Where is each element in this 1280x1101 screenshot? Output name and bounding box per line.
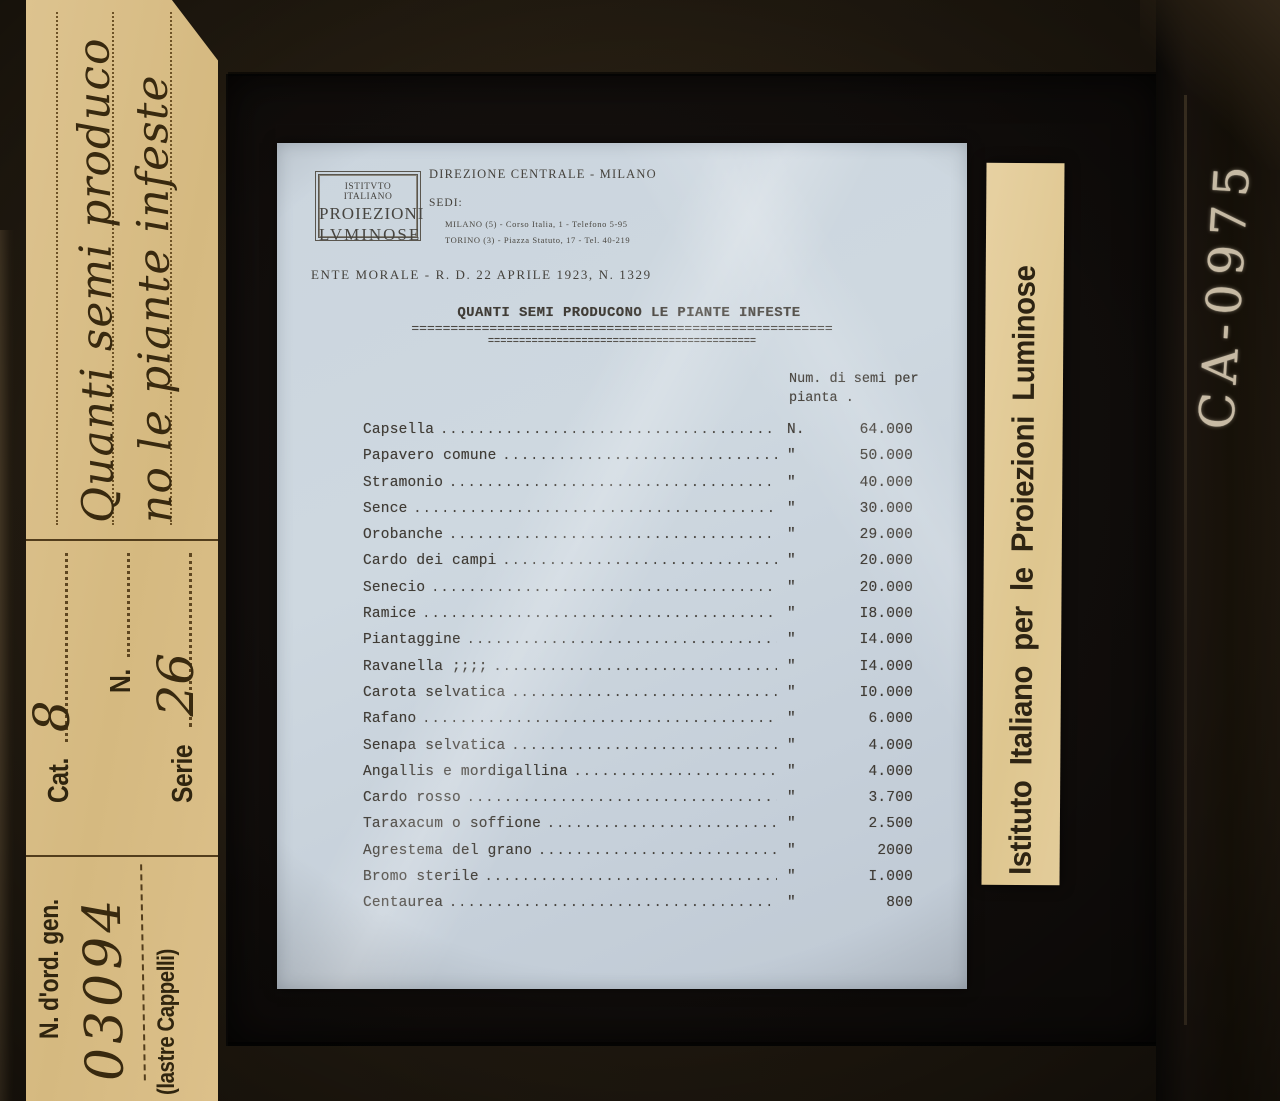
- document: ISTITVTO ITALIANO PROIEZIONI LVMINOSE DI…: [277, 143, 967, 989]
- table-row: Centaurea"800: [363, 895, 913, 921]
- ente-morale-line: ENTE MORALE - R. D. 22 APRILE 1923, N. 1…: [311, 267, 967, 283]
- plant-name: Bromo sterile: [363, 869, 479, 885]
- table-row: Sence"30.000: [363, 501, 913, 527]
- seed-count-value: 29.000: [817, 527, 913, 543]
- table-row: Senecio"20.000: [363, 580, 913, 606]
- institute-logo: ISTITVTO ITALIANO PROIEZIONI LVMINOSE: [315, 171, 421, 241]
- dot-leader: [414, 501, 777, 517]
- seed-count-value: 2.500: [817, 816, 913, 832]
- plant-name: Senecio: [363, 580, 425, 596]
- dot-leader: [511, 685, 777, 701]
- sede-torino: TORINO (3) - Piazza Statuto, 17 - Tel. 4…: [445, 232, 657, 248]
- seed-count-value: 20.000: [817, 553, 913, 569]
- table-row: Piantaggine"I4.000: [363, 632, 913, 658]
- letterhead: ISTITVTO ITALIANO PROIEZIONI LVMINOSE DI…: [277, 157, 967, 257]
- unit-mark: ": [787, 869, 817, 885]
- seed-count-value: 800: [817, 895, 913, 911]
- table-row: Senapa selvatica"4.000: [363, 738, 913, 764]
- unit-mark: ": [787, 659, 817, 675]
- seed-count-value: 4.000: [817, 764, 913, 780]
- plant-name: Piantaggine: [363, 632, 461, 648]
- plant-name: Cardo rosso: [363, 790, 461, 806]
- unit-mark: ": [787, 843, 817, 859]
- column-header: Num. di semi per pianta .: [789, 370, 937, 408]
- n-dotted-rule: [127, 553, 130, 657]
- chalk-rotated-content: CA-0975: [1172, 36, 1280, 439]
- plant-name: Stramonio: [363, 475, 443, 491]
- handwritten-title-line1-rule: Quanti semi produco: [58, 12, 114, 525]
- seed-count-value: I4.000: [817, 659, 913, 675]
- table-row: Carota selvatica"I0.000: [363, 685, 913, 711]
- title-underline-2: ========================================…: [346, 336, 898, 346]
- cat-label: Cat.: [30, 758, 88, 803]
- seed-count-value: 30.000: [817, 501, 913, 517]
- plant-name: Papavero comune: [363, 448, 497, 464]
- seed-count-value: I8.000: [817, 606, 913, 622]
- dot-leader: [511, 738, 777, 754]
- seed-count-value: I0.000: [817, 685, 913, 701]
- serie-dotted-rule: 26: [189, 553, 192, 727]
- plant-name: Ramice: [363, 606, 416, 622]
- seed-table: CapsellaN.64.000Papavero comune"50.000St…: [363, 422, 913, 922]
- plant-name: Angallis e mordigallina: [363, 764, 568, 780]
- sedi-addresses: MILANO (5) - Corso Italia, 1 - Telefono …: [445, 216, 657, 248]
- dot-leader: [494, 659, 777, 675]
- sedi-label: SEDI:: [429, 197, 657, 209]
- sede-milano: MILANO (5) - Corso Italia, 1 - Telefono …: [445, 216, 657, 232]
- unit-mark: ": [787, 527, 817, 543]
- table-row: Rafano"6.000: [363, 711, 913, 737]
- seed-count-value: 2000: [817, 843, 913, 859]
- serie-label: Serie: [154, 745, 212, 803]
- table-row: Papavero comune"50.000: [363, 448, 913, 474]
- plant-name: Ravanella ;;;;: [363, 659, 488, 675]
- table-row: Taraxacum o soffione"2.500: [363, 816, 913, 842]
- cat-value: 8: [27, 700, 77, 732]
- seed-count-value: 64.000: [817, 422, 913, 438]
- dot-leader: [547, 816, 777, 832]
- logo-line2: PROIEZIONI: [319, 204, 417, 224]
- plant-name: Cardo dei campi: [363, 553, 497, 569]
- cat-dotted-rule: 8: [65, 553, 68, 742]
- left-label-rotated-card: N. d'ord. gen. 03094 (lastre Cappelli) C…: [26, 0, 218, 1101]
- table-row: Stramonio"40.000: [363, 475, 913, 501]
- unit-mark: ": [787, 475, 817, 491]
- label-section-category: Cat. 8 N. Serie 26: [26, 539, 218, 855]
- strip-rotated-content: Istituto Italiano per le Proiezioni Lumi…: [981, 163, 1064, 886]
- unit-mark: ": [787, 580, 817, 596]
- page-title: QUANTI SEMI PRODUCONO LE PIANTE INFESTE: [277, 305, 967, 321]
- seed-count-value: 50.000: [817, 448, 913, 464]
- plant-name: Sence: [363, 501, 408, 517]
- n-label: N.: [92, 669, 150, 693]
- unit-mark: ": [787, 606, 817, 622]
- column-header-line2: pianta .: [789, 389, 937, 408]
- handwritten-title-line2-rule: no le piante infeste: [114, 12, 172, 525]
- seed-count-value: 3.700: [817, 790, 913, 806]
- unit-mark: ": [787, 501, 817, 517]
- table-row: Ravanella ;;;;"I4.000: [363, 659, 913, 685]
- ordinal-number-value: 03094: [66, 864, 146, 1081]
- dot-leader: [538, 843, 777, 859]
- plant-name: Capsella: [363, 422, 434, 438]
- table-row: Agrestema del grano"2000: [363, 843, 913, 869]
- label-section-ordinal: N. d'ord. gen. 03094 (lastre Cappelli): [26, 855, 218, 1101]
- plate-type-note: (lastre Cappelli): [152, 949, 182, 1095]
- handwritten-title-line2: no le piante infeste: [127, 74, 183, 523]
- title-underline-1: ========================================…: [277, 324, 967, 334]
- dot-leader: [440, 422, 777, 438]
- unit-mark: ": [787, 711, 817, 727]
- unit-mark: N.: [787, 422, 817, 438]
- unit-mark: ": [787, 632, 817, 648]
- dot-leader: [467, 632, 777, 648]
- seed-count-value: 4.000: [817, 738, 913, 754]
- unit-mark: ": [787, 764, 817, 780]
- seed-count-value: I.000: [817, 869, 913, 885]
- dot-leader: [449, 895, 777, 911]
- unit-mark: ": [787, 448, 817, 464]
- logo-line3: LVMINOSE: [319, 225, 417, 245]
- dot-leader: [422, 606, 777, 622]
- chalk-id-text: CA-0975: [1189, 155, 1262, 431]
- unit-mark: ": [787, 790, 817, 806]
- table-row: Ramice"I8.000: [363, 606, 913, 632]
- logo-line1: ISTITVTO ITALIANO: [319, 182, 417, 202]
- table-row: Angallis e mordigallina"4.000: [363, 764, 913, 790]
- plant-name: Centaurea: [363, 895, 443, 911]
- direzione-line: DIREZIONE CENTRALE - MILANO: [429, 167, 657, 182]
- plant-name: Taraxacum o soffione: [363, 816, 541, 832]
- dot-leader: [449, 475, 777, 491]
- dot-leader: [431, 580, 777, 596]
- plant-name: Rafano: [363, 711, 416, 727]
- left-catalog-label: N. d'ord. gen. 03094 (lastre Cappelli) C…: [26, 0, 218, 1101]
- unit-mark: ": [787, 553, 817, 569]
- institute-strip-text: Istituto Italiano per le Proiezioni Lumi…: [1003, 265, 1043, 875]
- table-row: CapsellaN.64.000: [363, 422, 913, 448]
- empty-ruled-line: [26, 12, 58, 525]
- seed-count-value: 20.000: [817, 580, 913, 596]
- unit-mark: ": [787, 738, 817, 754]
- ordinal-number-label: N. d'ord. gen.: [32, 899, 66, 1039]
- frame-groove-bottom: [228, 1042, 1158, 1046]
- institute-strip-label: Istituto Italiano per le Proiezioni Lumi…: [981, 163, 1064, 886]
- label-section-title: Quanti semi produco no le piante infeste: [26, 0, 218, 539]
- seed-count-value: I4.000: [817, 632, 913, 648]
- dot-leader: [503, 553, 777, 569]
- table-row: Bromo sterile"I.000: [363, 869, 913, 895]
- table-row: Cardo rosso"3.700: [363, 790, 913, 816]
- dot-leader: [467, 790, 777, 806]
- table-row: Cardo dei campi"20.000: [363, 553, 913, 579]
- dot-leader: [449, 527, 777, 543]
- chalk-inscription: CA-0975: [1186, 40, 1280, 440]
- frame-groove-top: [228, 72, 1158, 76]
- dot-leader: [485, 869, 777, 885]
- seed-count-value: 40.000: [817, 475, 913, 491]
- plant-name: Agrestema del grano: [363, 843, 532, 859]
- column-header-line1: Num. di semi per: [789, 370, 937, 389]
- plant-name: Senapa selvatica: [363, 738, 505, 754]
- unit-mark: ": [787, 816, 817, 832]
- serie-value: 26: [151, 653, 201, 717]
- letterhead-right: DIREZIONE CENTRALE - MILANO SEDI: MILANO…: [429, 167, 657, 248]
- unit-mark: ": [787, 685, 817, 701]
- dot-leader: [503, 448, 777, 464]
- seed-count-value: 6.000: [817, 711, 913, 727]
- plant-name: Orobanche: [363, 527, 443, 543]
- dot-leader: [574, 764, 777, 780]
- unit-mark: ": [787, 895, 817, 911]
- frame-left-edge: [0, 230, 14, 1101]
- dot-leader: [422, 711, 777, 727]
- plant-name: Carota selvatica: [363, 685, 505, 701]
- table-row: Orobanche"29.000: [363, 527, 913, 553]
